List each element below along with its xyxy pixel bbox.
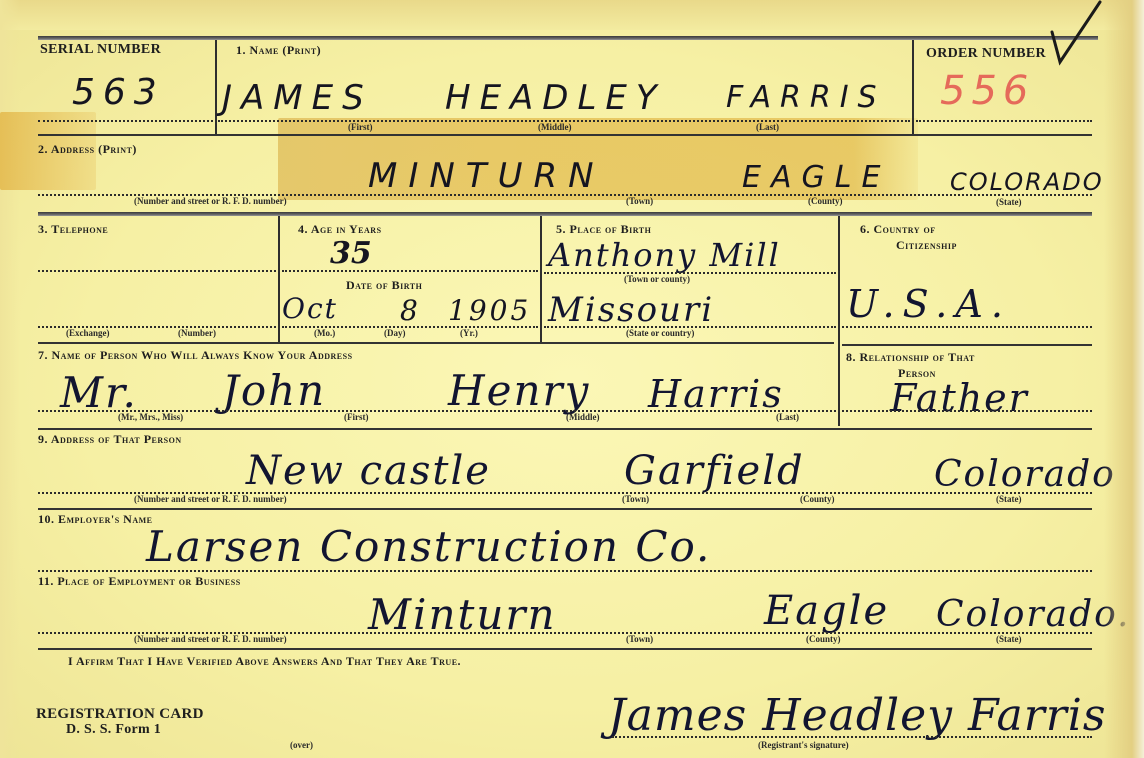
citizenship-underline [842,326,1092,328]
divider-birthplace [838,216,840,426]
employment-place-state: Colorado. [936,594,1131,635]
paper-top-edge [0,0,1144,30]
telephone-sub-number: (Number) [178,328,216,338]
form-title: REGISTRATION CARD [36,706,204,723]
dob-sub-year: (Yr.) [460,328,478,338]
address-state: COLORADO [950,168,1104,196]
checkmark-icon [1038,0,1108,80]
dob-month: Oct [282,292,338,325]
rule-after-contact-address [38,508,1092,510]
age-value: 35 [330,236,372,271]
serial-number-label: SERIAL NUMBER [40,42,161,58]
affirmation-text: I Affirm That I Have Verified Above Answ… [68,654,461,669]
paper-right-edge [1104,0,1144,758]
name-middle: HEADLEY [445,78,666,118]
rule-after-name [38,134,1092,136]
age-label: 4. Age in Years [298,222,382,237]
birthplace-town: Anthony Mill [548,236,781,274]
contact-sub-first: (First) [344,412,369,422]
relationship-underline [842,410,1092,412]
address-town: MINTURN [368,156,605,196]
address-sub-state: (State) [996,197,1022,207]
contact-address-county: Garfield [624,448,805,494]
serial-underline [38,120,213,122]
rule-after-dob [38,342,834,344]
divider-order [912,40,914,134]
dob-year: 1905 [448,294,531,327]
order-underline [916,120,1092,122]
telephone-sub-exchange: (Exchange) [66,328,110,338]
citizenship-label-line2: Citizenship [896,238,957,253]
relationship-label-line1: 8. Relationship of That [846,350,975,365]
telephone-label: 3. Telephone [38,222,108,237]
contact-label: 7. Name of Person Who Will Always Know Y… [38,348,353,363]
divider-telephone [278,216,280,342]
birthplace-label: 5. Place of Birth [556,222,651,237]
name-label: 1. Name (Print) [236,43,321,58]
dob-sub-day: (Day) [384,328,406,338]
birthplace-sub-town: (Town or county) [624,274,690,284]
dob-day: 8 [400,294,418,327]
rule-after-address [38,212,1092,216]
registrant-signature: James Headley Farris [608,690,1106,741]
name-sub-first: (First) [348,122,373,132]
employment-place-label: 11. Place of Employment or Business [38,574,241,589]
registration-card: SERIAL NUMBER 1. Name (Print) ORDER NUMB… [0,0,1144,758]
name-sub-middle: (Middle) [538,122,572,132]
name-last: FARRIS [726,80,886,115]
age-underline [282,270,538,272]
address-sub-county: (County) [808,196,843,206]
address-sub-town: (Town) [626,196,653,206]
contact-address-sub-street: (Number and street or R. F. D. number) [134,494,287,504]
citizenship-label-line1: 6. Country of [860,222,936,237]
employment-place-sub-state: (State) [996,634,1022,644]
contact-address-label: 9. Address of That Person [38,432,182,447]
birthplace-sub-state: (State or country) [626,328,694,338]
address-sub-street: (Number and street or R. F. D. number) [134,196,287,206]
telephone-underline-1 [38,270,276,272]
contact-address-sub-state: (State) [996,494,1022,504]
rule-after-employment [38,648,1092,650]
employer-value: Larsen Construction Co. [146,522,711,571]
employment-place-sub-county: (County) [806,634,841,644]
employment-place-county: Eagle [764,588,889,634]
divider-age [540,216,542,342]
contact-address-town: New castle [246,448,491,494]
order-number-value: 556 [940,68,1034,114]
contact-sub-title: (Mr., Mrs., Miss) [118,412,183,422]
contact-middle: Henry [448,366,590,415]
employer-label: 10. Employer's Name [38,512,153,527]
contact-address-state: Colorado [934,454,1116,495]
serial-number-value: 563 [72,72,165,113]
form-number: D. S. S. Form 1 [66,722,161,738]
birthplace-state: Missouri [548,290,714,330]
over-note: (over) [290,740,313,750]
rule-after-contact [38,428,1092,430]
citizenship-value: U.S.A. [846,282,1011,326]
signature-sub-label: (Registrant's signature) [758,740,849,750]
employment-place-sub-street: (Number and street or R. F. D. number) [134,634,287,644]
contact-sub-last: (Last) [776,412,799,422]
employer-underline [38,570,1092,572]
relationship-value: Father [890,376,1029,420]
top-rule [38,36,1098,40]
dob-label: Date of Birth [346,278,422,293]
contact-address-sub-town: (Town) [622,494,649,504]
order-number-label: ORDER NUMBER [926,46,1046,62]
signature-underline [612,736,1092,738]
contact-first: John [222,366,326,415]
contact-address-sub-county: (County) [800,494,835,504]
dob-sub-month: (Mo.) [314,328,335,338]
rule-after-citizenship [842,344,1092,346]
address-label: 2. Address (Print) [38,142,137,157]
address-county: EAGLE [742,160,890,195]
contact-sub-middle: (Middle) [566,412,600,422]
divider-serial [215,40,217,134]
name-sub-last: (Last) [756,122,779,132]
employment-place-sub-town: (Town) [626,634,653,644]
name-first: JAMES [222,78,373,118]
